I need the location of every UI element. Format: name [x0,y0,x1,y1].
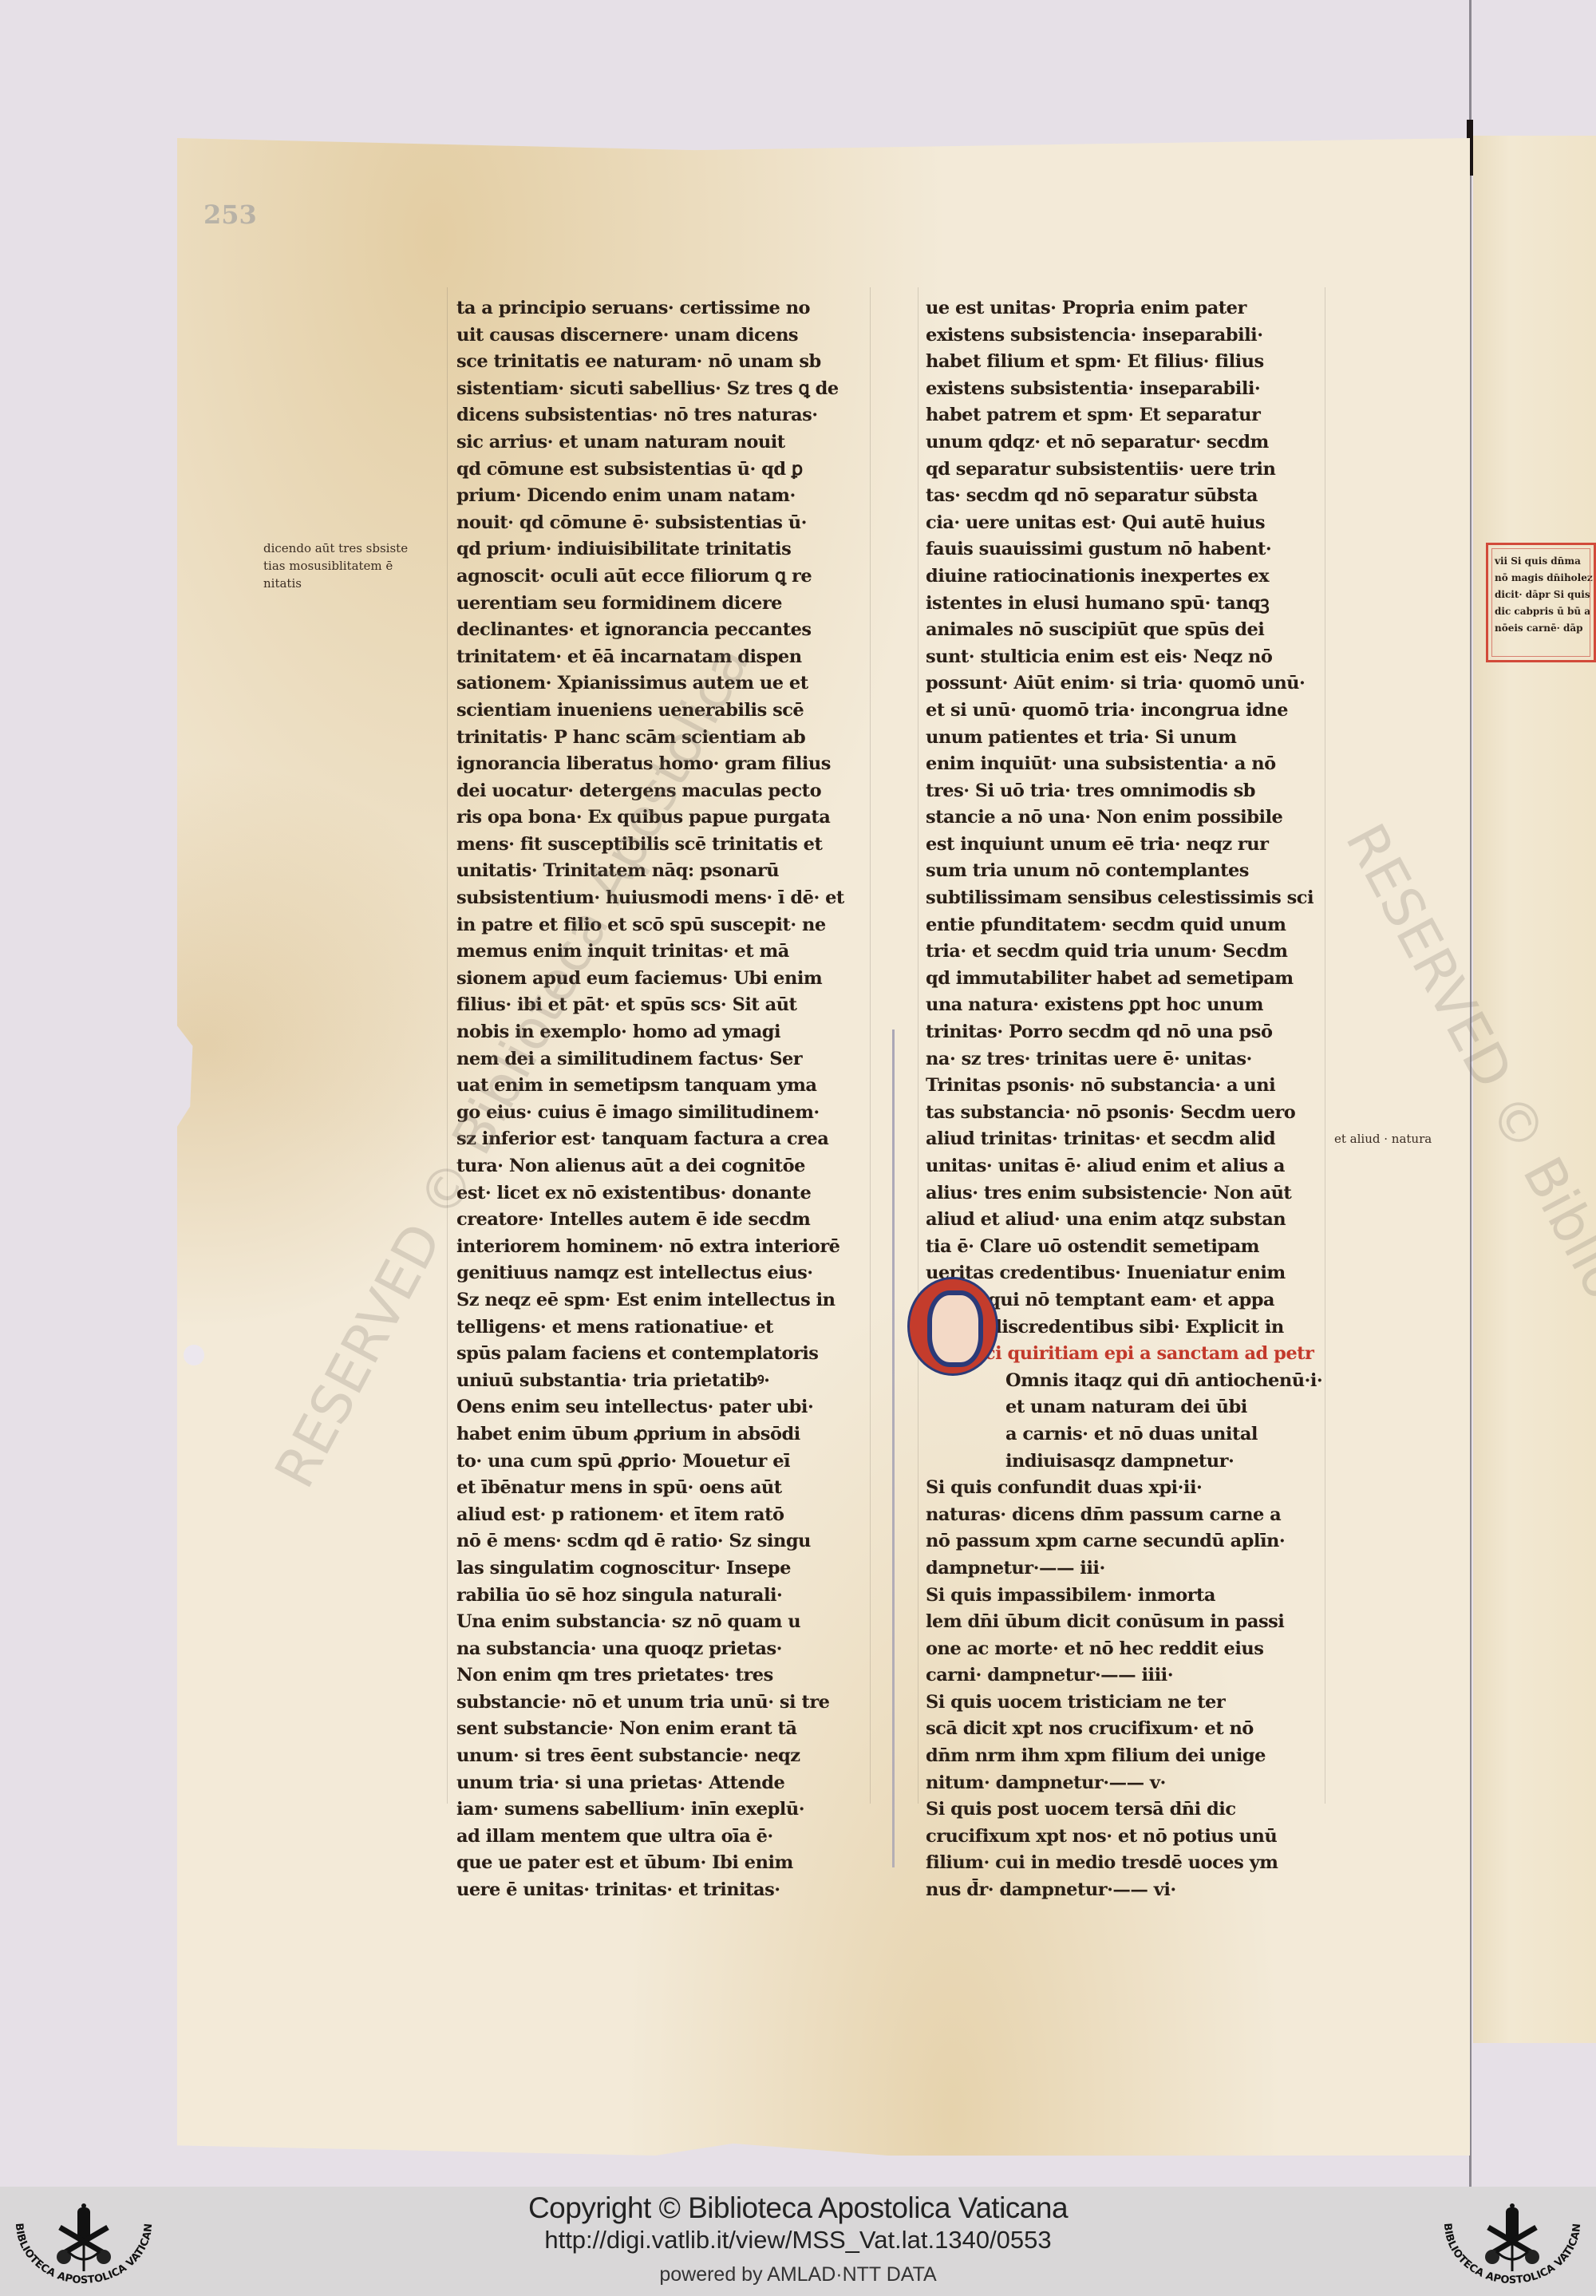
manuscript-line: unum patientes et tria· Si unum [926,725,1325,752]
manuscript-line: qd separatur subsistentiis· uere trin [926,456,1325,484]
manuscript-line: existens subsistencia· inseparabili· [926,322,1325,350]
manuscript-line: istentes in elusi humano spū· tanqꝫ [926,591,1325,618]
manuscript-line: unitas· unitas ē· aliud enim et alius a [926,1153,1325,1180]
manuscript-line: interiorem hominem· nō extra interiorē [456,1234,855,1261]
ruling-line [447,287,448,1804]
manuscript-line: Si quis confundit duas xpi·ii· [926,1475,1325,1502]
manuscript-line: eis carnē· dāp [1508,622,1583,634]
manuscript-line: qd cōmune est subsistentias ū· qd ꝑ [456,456,855,484]
manuscript-line: sent substancie· Non enim erant tā [456,1716,855,1743]
manuscript-line: declinantes· et ignorancia peccantes [456,617,855,644]
manuscript-line: unum qdqz· et nō separatur· secdm [926,429,1325,456]
manuscript-line: telligens· et mens rationatiue· et [456,1314,855,1342]
manuscript-line: sz inferior est· tanquam factura a crea [456,1126,855,1153]
ruling-line [918,287,918,1804]
manuscript-line: nitum· dampnetur·—— v· [926,1770,1325,1797]
manuscript-line: sionem apud eum faciemus· Ubi enim [456,966,855,993]
manuscript-line: aliud trinitas· trinitas· et secdm alid [926,1126,1325,1153]
manuscript-line: entie pfunditatem· secdm quid unum [926,912,1325,939]
manuscript-line: Omnis itaqz qui dn̄ antiochenū·i· [926,1368,1325,1395]
manuscript-line: uere ē unitas· trinitas· et trinitas· [456,1877,855,1904]
manuscript-line: trinitatem· et ēā incarnatam dispen [456,644,855,671]
manuscript-line: aliud est· p rationem· et ītem ratō [456,1502,855,1529]
manuscript-line: naturas· dicens dn̄m passum carne a [926,1502,1325,1529]
papal-arms-icon: BIBLIOTECA APOSTOLICA VATICANA [1432,2191,1592,2291]
manuscript-line: enim inquiūt· una subsistentia· a nō [926,751,1325,778]
manuscript-line: Si quis post uocem tersā dn̄i dic [926,1796,1325,1824]
margin-note-line: dicendo aūt tres sbsiste [263,539,447,557]
manuscript-line: possunt· Aiūt enim· si tria· quomō unū· [926,670,1325,697]
manuscript-line: animales nō suscipiūt que spūs dei [926,617,1325,644]
vatican-library-logo-right: BIBLIOTECA APOSTOLICA VATICANA [1432,2191,1592,2291]
manuscript-line: qd immutabiliter habet ad semetipam [926,966,1325,993]
manuscript-line: Oens enim seu intellectus· pater ubi· [456,1394,855,1421]
manuscript-line: Si quis impassibilem· inmorta [926,1583,1325,1610]
manuscript-line: memus enim inquit trinitas· et mā [456,939,855,966]
manuscript-line: rabilia ūo sē hoz singula naturali· [456,1583,855,1610]
manuscript-line: nō ē mens· scdm qd ē ratio· Sz singu [456,1528,855,1555]
manuscript-line: tura· Non alienus aūt a dei cognitōe [456,1153,855,1180]
manuscript-line: tria· et secdm quid tria unum· Secdm [926,939,1325,966]
copyright-text: Copyright © Biblioteca Apostolica Vatica… [0,2191,1596,2225]
manuscript-line: creatore· Intelles autem ē ide secdm [456,1207,855,1234]
manuscript-line: spūs palam faciens et contemplatoris [456,1341,855,1368]
powered-by-text: powered by AMLAD·NTT DATA [0,2260,1596,2289]
manuscript-line: et ībēnatur mens in spū· oens aūt [456,1475,855,1502]
manuscript-line: iam· sumens sabellium· inīn exeplū· [456,1796,855,1824]
manuscript-line: existens subsistentia· inseparabili· [926,376,1325,403]
manuscript-line: stancie a nō una· Non enim possibile [926,804,1325,832]
manuscript-line: dicens subsistentias· nō tres naturas· [456,402,855,429]
decorated-initial-O [907,1277,998,1376]
copyright-footer: Copyright © Biblioteca Apostolica Vatica… [0,2187,1596,2296]
image-url[interactable]: http://digi.vatlib.it/view/MSS_Vat.lat.1… [0,2225,1596,2255]
manuscript-line: fauis suauissimi gustum nō habent· [926,536,1325,563]
manuscript-line: et si unū· quomō tria· incongrua idne [926,697,1325,725]
ruling-line [1325,287,1325,1804]
manuscript-line: ue est unitas· Propria enim pater [926,295,1325,322]
manuscript-line: sic arrius· et unam naturam nouit [456,429,855,456]
manuscript-line: genitiuus namqz est intellectus eius· [456,1260,855,1287]
manuscript-line: una natura· existens ꝑpt hoc unum [926,992,1325,1019]
manuscript-line: carni· dampnetur·—— iiii· [926,1662,1325,1689]
manuscript-line: sum tria unum nō contemplantes [926,858,1325,885]
manuscript-line: to· una cum spū ꝓprio· Mouetur eī [456,1448,855,1476]
manuscript-line: Trinitas psonis· nō substancia· a uni [926,1073,1325,1100]
manuscript-line: est· licet ex nō existentibus· donante [456,1180,855,1207]
ruling-line [870,287,871,1804]
manuscript-line: tia ē· Clare uō ostendit semetipam [926,1234,1325,1261]
manuscript-line: unum· si tres ēent substancie· neqz [456,1743,855,1770]
manuscript-line: indiuisasqz dampnetur· [926,1448,1325,1476]
manuscript-line: nō passum xpm carne secundū aplīn· [926,1528,1325,1555]
manuscript-line: qd prium· indiuisibilitate trinitatis [456,536,855,563]
manuscript-line: ueritas credentibus· Inueniatur enim [926,1260,1325,1287]
manuscript-line: na substancia· una quoqz prietas· [456,1636,855,1663]
manuscript-line: lem dn̄i ūbum dicit conūsum in passi [926,1609,1325,1636]
manuscript-line: Una enim substancia· sz nō quam u [456,1609,855,1636]
manuscript-line: uerentiam seu formidinem dicere [456,591,855,618]
manuscript-line: trinitas· Porro secdm qd nō una psō [926,1019,1325,1046]
manuscript-line: a carnis· et nō duas unital [926,1421,1325,1448]
manuscript-line: est inquiunt unum eē tria· neqz rur [926,832,1325,859]
manuscript-line: tas substancia· nō psonis· Secdm uero [926,1100,1325,1127]
manuscript-line: habet enim ūbum ꝓprium in absōdi [456,1421,855,1448]
manuscript-line: sistentiam· sicuti sabellius· Sz tres ꝗ … [456,376,855,403]
next-folio-boxed-text: vii Si quis dn̄ma nō magis dn̄iholez dic… [1486,543,1596,662]
folio-number: 253 [203,200,257,230]
manuscript-line: vii Si quis dn̄m [1495,555,1574,567]
right-margin-note: et aliud · natura [1334,1130,1432,1148]
manuscript-line: uit causas discernere· unam dicens [456,322,855,350]
manuscript-line: subtilissimam sensibus celestissimis sci [926,885,1325,912]
margin-note-line: tias mosusiblitatem ē [263,557,447,575]
manuscript-line: scā dicit xpt nos crucifixum· et nō [926,1716,1325,1743]
manuscript-line: sationem· Xpianissimus autem ue et [456,670,855,697]
manuscript-line: subsistentium· huiusmodi mens· ī dē· et [456,885,855,912]
manuscript-line: prium· Dicendo enim unam natam· [456,483,855,510]
papal-arms-icon: BIBLIOTECA APOSTOLICA VATICANA [4,2191,164,2291]
manuscript-line: cia· uere unitas est· Qui autē huius [926,510,1325,537]
manuscript-line: que ue pater est et ūbum· Ibi enim [456,1850,855,1877]
manuscript-line: agnoscit· oculi aūt ecce filiorum ꝗ re [456,563,855,591]
manuscript-line: filium· cui in medio tresdē uoces ym [926,1850,1325,1877]
manuscript-line: dn̄m nrm ihm xpm filium dei unige [926,1743,1325,1770]
manuscript-line: aliud et aliud· una enim atqz substan [926,1207,1325,1234]
manuscript-line: nouit· qd cōmune ē· subsistentias ū· [456,510,855,537]
manuscript-line: sce trinitatis ee naturam· nō unam sb [456,349,855,376]
manuscript-line: scientiam inueniens uenerabilis scē [456,697,855,725]
manuscript-line: crucifixum xpt nos· et nō potius unū [926,1824,1325,1851]
manuscript-line: et unam naturam dei ūbi [926,1394,1325,1421]
manuscript-line: tres· Si uō tria· tres omnimodis sb [926,778,1325,805]
manuscript-line: nus d̄r· dampnetur·—— vi· [926,1877,1325,1904]
manuscript-line: sunt· stulticia enim est eis· Neqz nō [926,644,1325,671]
manuscript-line: in patre et filio et scō spū suscepit· n… [456,912,855,939]
punch-hole [184,1345,204,1365]
manuscript-line: las singulatim cognoscitur· Insepe [456,1555,855,1583]
manuscript-line: diuine ratiocinationis inexpertes ex [926,563,1325,591]
text-column-right: ue est unitas· Propria enim paterexisten… [926,295,1325,1904]
manuscript-line: habet patrem et spm· Et separatur [926,402,1325,429]
vatican-library-logo-left: BIBLIOTECA APOSTOLICA VATICANA [4,2191,164,2291]
pen-flourish [892,1029,895,1867]
margin-note-line: nitatis [263,575,447,592]
manuscript-line: dampnetur·—— iii· [926,1555,1325,1583]
manuscript-line: ta a principio seruans· certissime no [456,295,855,322]
manuscript-line: alius· tres enim subsistencie· Non aūt [926,1180,1325,1207]
manuscript-line: substancie· nō et unum tria unū· si tre [456,1689,855,1717]
manuscript-line: tas· secdm qd nō separatur sūbsta [926,483,1325,510]
manuscript-line: ad illam mentem que ultra oīa ē· [456,1824,855,1851]
manuscript-line: Sz neqz eē spm· Est enim intellectus in [456,1287,855,1314]
left-margin-note: dicendo aūt tres sbsiste tias mosusiblit… [263,539,447,592]
manuscript-line: Si quis uocem tristiciam ne ter [926,1689,1325,1717]
manuscript-line: unum tria· si una prietas· Attende [456,1770,855,1797]
manuscript-line: Non enim qm tres prietates· tres [456,1662,855,1689]
manuscript-line: one ac morte· et nō hec reddit eius [926,1636,1325,1663]
initial-filigree [927,1290,983,1367]
manuscript-line: na· sz tres· trinitas uere ē· unitas· [926,1046,1325,1073]
manuscript-line: habet filium et spm· Et filius· filius [926,349,1325,376]
manuscript-line: uniuū substantia· tria prietatibꝰ· [456,1368,855,1395]
